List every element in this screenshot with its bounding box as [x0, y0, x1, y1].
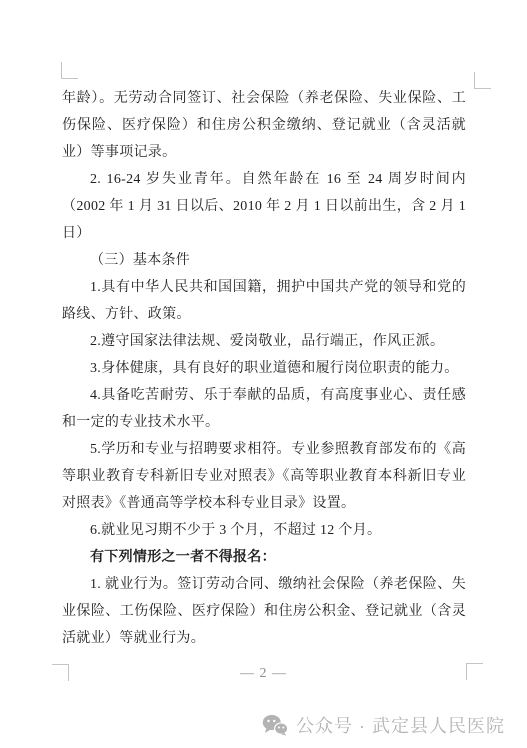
paragraph-condition-3: 3.身体健康，具有良好的职业道德和履行岗位职责的能力。 — [62, 355, 466, 382]
paragraph-continued: 年龄）。无劳动合同签订、社会保险（养老保险、失业保险、工伤保险、医疗保险）和住房… — [62, 85, 466, 166]
section-heading-basic-conditions: （三）基本条件 — [62, 247, 466, 274]
paragraph-condition-1: 1.具有中华人民共和国国籍，拥护中国共产党的领导和党的路线、方针、政策。 — [62, 274, 466, 328]
crop-mark-top-right — [474, 72, 491, 89]
paragraph-item-2-age-group: 2. 16-24 岁失业青年。自然年龄在 16 至 24 周岁时间内（2002 … — [62, 166, 466, 247]
document-page: 年龄）。无劳动合同签订、社会保险（养老保险、失业保险、工伤保险、医疗保险）和住房… — [0, 0, 527, 748]
paragraph-disqualification-1: 1. 就业行为。签订劳动合同、缴纳社会保险（养老保险、失业保险、工伤保险、医疗保… — [62, 571, 466, 652]
footer-watermark-text: 公众号 · 武定县人民医院 — [296, 712, 505, 738]
paragraph-condition-4: 4.具备吃苦耐劳、乐于奉献的品质，有高度事业心、责任感和一定的专业技术水平。 — [62, 382, 466, 436]
heading-disqualification: 有下列情形之一者不得报名： — [62, 544, 466, 571]
paragraph-condition-2: 2.遵守国家法律法规、爱岗敬业，品行端正，作风正派。 — [62, 328, 466, 355]
wechat-icon — [262, 714, 288, 736]
document-body: 年龄）。无劳动合同签订、社会保险（养老保险、失业保险、工伤保险、医疗保险）和住房… — [62, 85, 466, 652]
footer-watermark: 公众号 · 武定县人民医院 — [262, 712, 505, 738]
crop-mark-top-left — [61, 62, 78, 79]
page-number: — 2 — — [0, 666, 527, 682]
paragraph-condition-5: 5.学历和专业与招聘要求相符。专业参照教育部发布的《高等职业教育专科新旧专业对照… — [62, 436, 466, 517]
paragraph-condition-6: 6.就业见习期不少于 3 个月，不超过 12 个月。 — [62, 517, 466, 544]
